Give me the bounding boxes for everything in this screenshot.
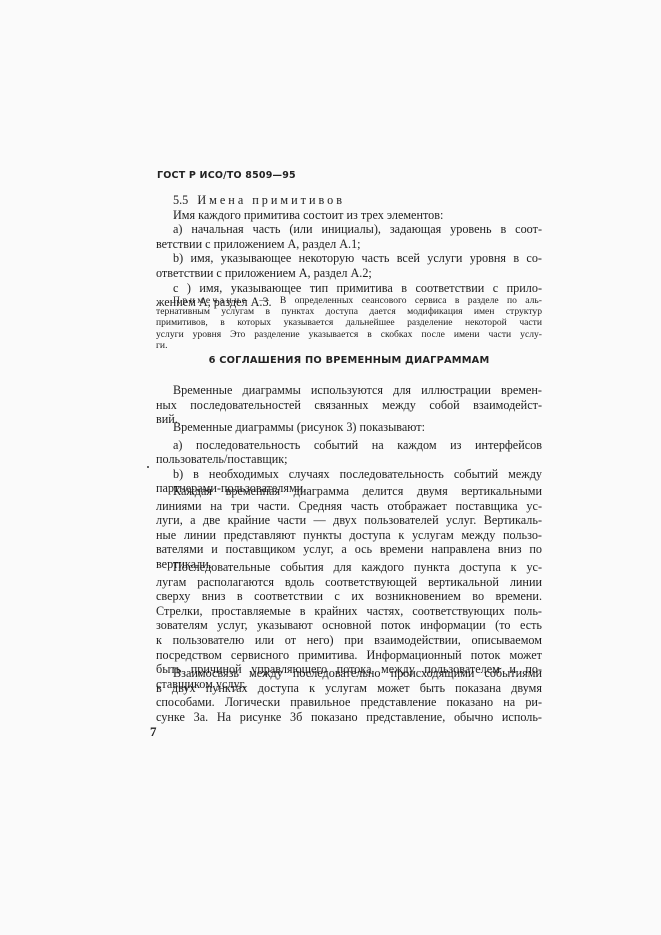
text-line: Стрелки, проставляемые в крайних частях,… xyxy=(156,604,542,619)
section-title: Имена примитивов xyxy=(197,193,345,207)
note-line: услуги уровня Это разделение указывается… xyxy=(156,329,542,340)
text-line: ветствии с приложением А, раздел А.1; xyxy=(156,237,542,252)
section-6-title: 6 СОГЛАШЕНИЯ ПО ВРЕМЕННЫМ ДИАГРАММАМ xyxy=(156,355,542,366)
text-line: Каждая временная диаграмма делится двумя… xyxy=(156,484,542,499)
text-line: а) начальная часть (или инициалы), задаю… xyxy=(156,222,542,237)
text-line: зователям услуг, указывают основной пото… xyxy=(156,618,542,633)
text-line: ответствии с приложением А, раздел А.2; xyxy=(156,266,542,281)
text-line: Временные диаграммы используются для илл… xyxy=(156,383,542,398)
note-line: Примечание — В определенных сеансового с… xyxy=(156,295,542,306)
page-number: 7 xyxy=(150,724,157,740)
running-header: ГОСТ Р ИСО/ТО 8509—95 xyxy=(157,170,296,181)
text-line: а) последовательность событий на каждом … xyxy=(156,438,542,453)
text-line: ные линии представляют пункты доступа к … xyxy=(156,528,542,543)
document-page: ГОСТ Р ИСО/ТО 8509—95 5.5 Имена примитив… xyxy=(0,0,661,935)
text-line: b) имя, указывающее некоторую часть всей… xyxy=(156,251,542,266)
text-line: луги, а две крайние части — двух пользов… xyxy=(156,513,542,528)
text-line: сверху вниз в соответствии с их возникно… xyxy=(156,589,542,604)
section-5-5: 5.5 Имена примитивов Имя каждого примити… xyxy=(156,193,542,310)
note-line: тернативным услугам в пунктах доступа да… xyxy=(156,306,542,317)
text-line: к пользователю или от него) при взаимоде… xyxy=(156,633,542,648)
paragraph-5: Взаимосвязь между последовательно происх… xyxy=(156,666,542,724)
text-line: пользователь/поставщик; xyxy=(156,452,542,467)
text-line: Имя каждого примитива состоит из трех эл… xyxy=(156,208,542,223)
text-line: c ) имя, указывающее тип примитива в соо… xyxy=(156,281,542,296)
section-number: 5.5 xyxy=(173,193,188,207)
text-line: в двух пунктах доступа к услугам может б… xyxy=(156,681,542,696)
text-line: b) в необходимых случаях последовательно… xyxy=(156,467,542,482)
text-line: сунке 3а. На рисунке 3б показано предста… xyxy=(156,710,542,725)
text-line: Последовательные события для каждого пун… xyxy=(156,560,542,575)
paragraph-3: Каждая временная диаграмма делится двумя… xyxy=(156,484,542,572)
note-block: Примечание — В определенных сеансового с… xyxy=(156,295,542,351)
note-line: примитивов, в которых указывается дальне… xyxy=(156,317,542,328)
note-line: ги. xyxy=(156,340,542,351)
note-label: Примечание — xyxy=(173,295,272,306)
text-line: посредством сервисного примитива. Информ… xyxy=(156,648,542,663)
text-line: линиями на три части. Средняя часть отоб… xyxy=(156,499,542,514)
text-line: Взаимосвязь между последовательно происх… xyxy=(156,666,542,681)
note-text: В определенных сеансового сервиса в разд… xyxy=(280,295,542,306)
section-heading: 5.5 Имена примитивов xyxy=(156,193,542,208)
text-line: Временные диаграммы (рисунок 3) показыва… xyxy=(156,420,542,435)
text-line: лугам располагаются вдоль соответствующе… xyxy=(156,575,542,590)
text-line: вателями и поставщиком услуг, а ось врем… xyxy=(156,542,542,557)
text-line: способами. Логически правильное представ… xyxy=(156,695,542,710)
text-line: ных последовательностей связанных между … xyxy=(156,398,542,413)
scan-artifact xyxy=(147,466,149,468)
